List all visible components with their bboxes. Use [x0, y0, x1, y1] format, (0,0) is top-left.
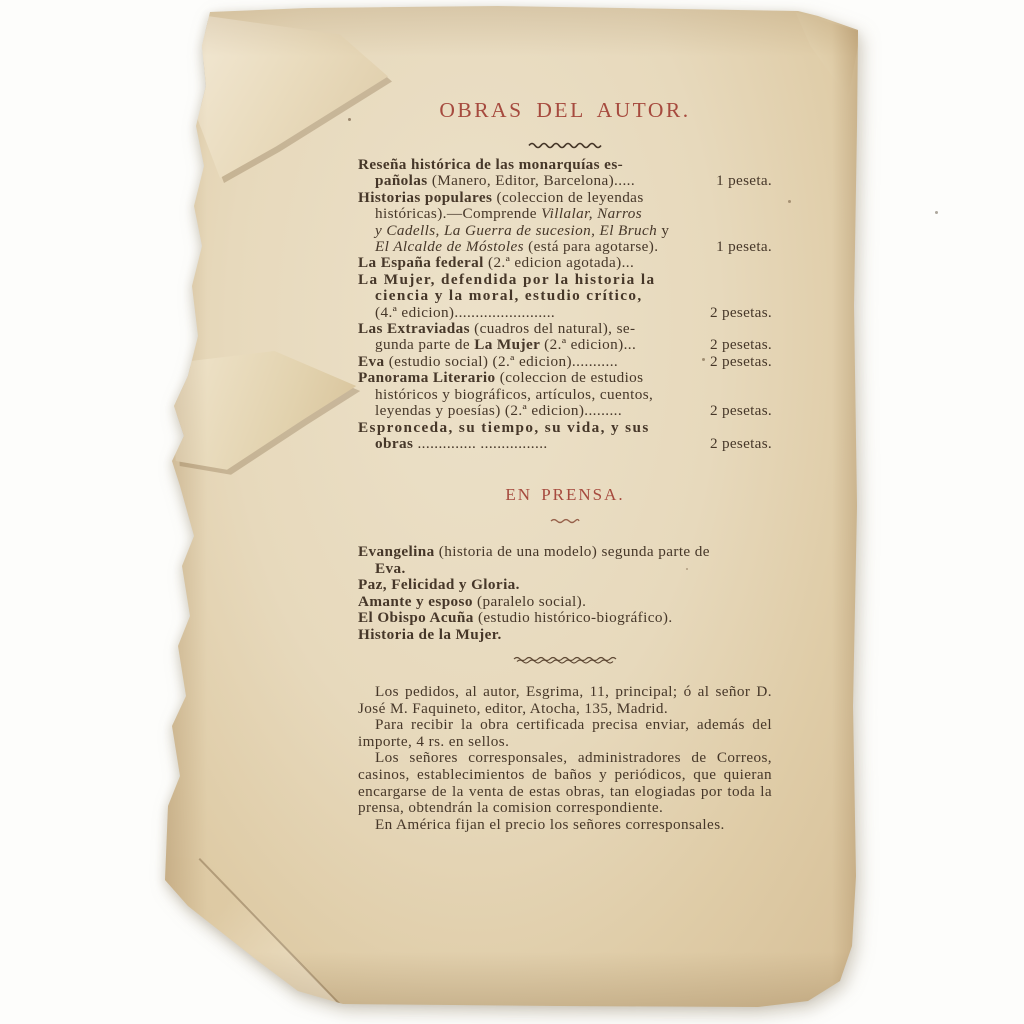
section-title: EN PRENSA.: [358, 485, 772, 505]
book-page: OBRAS DEL AUTOR. Reseña histórica de las…: [158, 6, 860, 1012]
work-line: históricos y biográficos, artículos, cue…: [358, 387, 772, 403]
note-paragraph: Los señores corresponsales, administrado…: [358, 750, 772, 816]
press-text: Evangelina: [358, 543, 439, 560]
foxing-speck: [348, 118, 351, 121]
work-text: El Alcalde de Móstoles: [375, 238, 528, 255]
work-price: 2 pesetas.: [710, 337, 772, 353]
ordering-notes: Los pedidos, al autor, Esgrima, 11, prin…: [358, 684, 772, 833]
work-price: 2 pesetas.: [710, 436, 772, 452]
work-text: Espronceda, su tiempo, su vida, y sus: [358, 419, 650, 436]
work-line: Panorama Literario (coleccion de estudio…: [358, 370, 772, 386]
press-line: Eva.: [358, 561, 772, 578]
work-text: .............. ................: [417, 435, 547, 452]
work-text: Panorama Literario: [358, 369, 500, 386]
press-text: El Obispo Acuña: [358, 609, 478, 626]
work-line: obras .............. ................2 p…: [358, 436, 772, 452]
work-line: Las Extraviadas (cuadros del natural), s…: [358, 321, 772, 337]
work-line: y Cadells, La Guerra de sucesion, El Bru…: [358, 223, 772, 239]
work-line: Reseña histórica de las monarquías es-: [358, 157, 772, 173]
note-paragraph: En América fijan el precio los señores c…: [358, 817, 772, 834]
work-text: obras: [375, 435, 417, 452]
folded-corner-bottom-left: [158, 844, 358, 1012]
squiggle-ornament-icon: [358, 653, 772, 671]
foxing-speck: [788, 200, 791, 203]
work-text: (2.ª edicion)...: [544, 336, 636, 353]
works-list: Reseña histórica de las monarquías es- p…: [358, 157, 772, 452]
work-text: (cuadros del natural), se-: [474, 320, 635, 337]
squiggle-ornament-icon: [358, 137, 772, 155]
press-text: Paz, Felicidad y Gloria.: [358, 576, 520, 593]
torn-flap-mid-left: [170, 351, 360, 476]
press-text: (estudio histórico-biográfico).: [478, 609, 673, 626]
press-text: Historia de la Mujer.: [358, 626, 502, 643]
work-line: La España federal (2.ª edicion agotada).…: [358, 255, 772, 271]
squiggle-ornament-icon: [358, 512, 772, 530]
work-text: (está para agotarse).: [528, 238, 658, 255]
work-text: históricos y biográficos, artículos, cue…: [375, 386, 653, 403]
work-price: 2 pesetas.: [710, 305, 772, 321]
work-text: La Mujer, defendida por la historia la: [358, 271, 655, 288]
work-text: (4.ª edicion)........................: [375, 304, 555, 321]
work-line: La Mujer, defendida por la historia la: [358, 272, 772, 288]
press-text: (historia de una modelo) segunda parte d…: [439, 543, 710, 560]
work-text: (estudio social) (2.ª edicion)..........…: [389, 353, 618, 370]
work-text: y: [661, 222, 669, 239]
press-text: (paralelo social).: [477, 593, 586, 610]
work-text: Reseña histórica de las monarquías es-: [358, 156, 623, 173]
work-line: (4.ª edicion)........................2 p…: [358, 305, 772, 321]
work-text: y Cadells, La Guerra de sucesion, El Bru…: [375, 222, 661, 239]
work-text: ciencia y la moral, estudio crítico,: [375, 287, 643, 304]
press-line: Paz, Felicidad y Gloria.: [358, 577, 772, 594]
background-speck: [935, 211, 938, 214]
crease-line: [199, 858, 345, 1009]
page-title: OBRAS DEL AUTOR.: [358, 98, 772, 123]
work-price: 2 pesetas.: [710, 354, 772, 370]
photo-of-book-page: OBRAS DEL AUTOR. Reseña histórica de las…: [0, 0, 1024, 1024]
press-line: Historia de la Mujer.: [358, 627, 772, 644]
note-paragraph: Los pedidos, al autor, Esgrima, 11, prin…: [358, 684, 772, 717]
work-text: (coleccion de estudios: [500, 369, 644, 386]
work-line: gunda parte de La Mujer (2.ª edicion)...…: [358, 337, 772, 353]
work-text: Eva: [358, 353, 389, 370]
work-text: Historias populares: [358, 189, 497, 206]
work-text: La España federal: [358, 254, 488, 271]
work-line: ciencia y la moral, estudio crítico,: [358, 288, 772, 304]
work-text: históricas).—Comprende: [375, 205, 541, 222]
press-text: Amante y esposo: [358, 593, 477, 610]
work-price: 1 peseta.: [716, 239, 772, 255]
press-line: Amante y esposo (paralelo social).: [358, 594, 772, 611]
work-line: Historias populares (coleccion de leyend…: [358, 190, 772, 206]
work-price: 2 pesetas.: [710, 403, 772, 419]
work-line: Eva (estudio social) (2.ª edicion)......…: [358, 354, 772, 370]
work-line: históricas).—Comprende Villalar, Narros: [358, 206, 772, 222]
press-line: El Obispo Acuña (estudio histórico-biogr…: [358, 610, 772, 627]
work-text: La Mujer: [474, 336, 544, 353]
work-text: Villalar, Narros: [541, 205, 642, 222]
work-text: leyendas y poesías) (2.ª edicion).......…: [375, 402, 622, 419]
work-text: Las Extraviadas: [358, 320, 474, 337]
book-page-wrapper: OBRAS DEL AUTOR. Reseña histórica de las…: [158, 6, 860, 1012]
work-text: (2.ª edicion agotada)...: [488, 254, 634, 271]
work-line: El Alcalde de Móstoles (está para agotar…: [358, 239, 772, 255]
work-price: 1 peseta.: [716, 173, 772, 189]
press-line: Evangelina (historia de una modelo) segu…: [358, 544, 772, 561]
work-text: gunda parte de: [375, 336, 474, 353]
note-paragraph: Para recibir la obra certificada precisa…: [358, 717, 772, 750]
work-text: (Manero, Editor, Barcelona).....: [432, 172, 635, 189]
work-line: Espronceda, su tiempo, su vida, y sus: [358, 420, 772, 436]
folded-corner-top-right: [788, 6, 863, 106]
press-text: Eva.: [375, 560, 406, 577]
work-text: (coleccion de leyendas: [497, 189, 644, 206]
work-line: leyendas y poesías) (2.ª edicion).......…: [358, 403, 772, 419]
work-text: pañolas: [375, 172, 432, 189]
press-list: Evangelina (historia de una modelo) segu…: [358, 544, 772, 644]
work-line: pañolas (Manero, Editor, Barcelona).....…: [358, 173, 772, 189]
